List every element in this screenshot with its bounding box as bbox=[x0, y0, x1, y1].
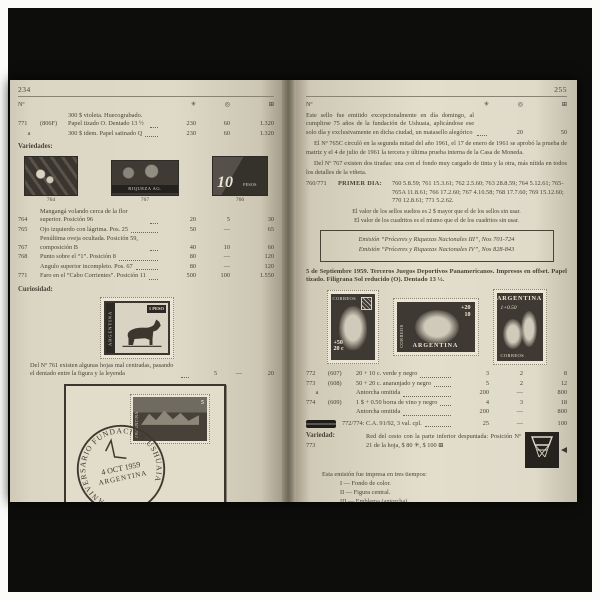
value-used: — bbox=[196, 263, 230, 272]
stamp-detail-image: RIQUEZA AG. bbox=[111, 160, 179, 196]
stamp-inscription: RIQUEZA AG. bbox=[112, 185, 178, 193]
stamp-value: 5 bbox=[201, 399, 204, 407]
price-row: Antorcha omitida 200 — 800 bbox=[306, 408, 567, 417]
value-used: 60 bbox=[196, 130, 230, 139]
listing-row: 771 (806F) 300 $ violeta. Huecograbado. … bbox=[18, 112, 274, 129]
left-header-rule bbox=[18, 96, 274, 97]
value-used: — bbox=[489, 408, 523, 417]
emission-line-1: Emisión “Próceres y Riquezas Nacionales … bbox=[327, 236, 547, 245]
value-mint: 230 bbox=[160, 120, 196, 129]
horse-stamp-figure: ARGENTINA 1 PESO bbox=[100, 297, 174, 359]
first-day-cover-figure: 5 ARGENTINA 75º ANIVERSARIO FUNDACIÓN US… bbox=[64, 384, 226, 502]
varieties-label: Variedades: bbox=[18, 142, 274, 151]
row-desc: 50 + 20 c. anaranjado y negro bbox=[356, 380, 431, 389]
value-used: — bbox=[217, 370, 242, 379]
variety-desc: Angulo superior incompleto. Pos. 67 bbox=[40, 263, 133, 272]
stamp-country: ARGENTINA bbox=[497, 295, 543, 303]
value-block: 8 bbox=[523, 370, 567, 379]
figure-caption: 766 bbox=[212, 197, 268, 204]
value-mint: 230 bbox=[160, 130, 196, 139]
listing-no: a bbox=[18, 130, 40, 139]
first-day-label: PRIMER DIA: bbox=[338, 180, 392, 206]
mint-symbol-icon: ✳ bbox=[453, 101, 489, 110]
row-desc: Antorcha omitida bbox=[356, 408, 400, 417]
stamp-value: 10 bbox=[217, 175, 233, 191]
value-mint: 40 bbox=[160, 244, 196, 253]
ushuaia-note-text: Este sello fue emitido excepcionalmente … bbox=[306, 112, 474, 138]
dot-leader bbox=[420, 377, 451, 378]
variety-desc: Mangangá volando cerca de la flor superi… bbox=[40, 208, 147, 225]
value-block: 60 bbox=[230, 244, 274, 253]
value-used: — bbox=[196, 253, 230, 262]
value-used: 2 bbox=[489, 370, 523, 379]
value-block: 1.320 bbox=[230, 130, 274, 139]
complete-set-text: 772/774: C.A. 91/92, 3 val. cpl. bbox=[342, 420, 422, 429]
value-used: — bbox=[489, 420, 523, 429]
dot-leader bbox=[150, 250, 158, 251]
left-no-header: Nº bbox=[18, 101, 25, 110]
left-page-number: 234 bbox=[18, 85, 274, 95]
value-note-1: El valor de los sellos sueltos es 2 $ ma… bbox=[306, 208, 567, 216]
dot-leader bbox=[181, 377, 189, 378]
note-765c: El Nº 765C circuló en la segunda mitad d… bbox=[306, 140, 567, 157]
value-used: 3 bbox=[489, 399, 523, 408]
variety-no: 771 bbox=[18, 272, 40, 281]
stamp-detail-764: 764 bbox=[24, 156, 78, 204]
dot-leader bbox=[136, 269, 158, 270]
dot-leader bbox=[403, 415, 451, 416]
price-row: a Antorcha omitida 200 — 800 bbox=[306, 389, 567, 398]
stamp-correos: CORREOS bbox=[333, 296, 357, 302]
horse-illustration bbox=[118, 313, 166, 353]
dot-leader bbox=[149, 279, 158, 280]
mint-symbol-icon: ✳ bbox=[160, 101, 196, 110]
value-mint: 80 bbox=[160, 263, 196, 272]
basketball-stamp: CORREOS +50 20 c bbox=[327, 290, 379, 364]
figure-caption: 767 bbox=[111, 197, 179, 204]
printing-step: I — Fondo de color. bbox=[340, 480, 567, 489]
used-symbol-icon: ◎ bbox=[196, 101, 230, 110]
right-no-header: Nº bbox=[306, 101, 313, 110]
first-day-range: 760/771 bbox=[306, 180, 338, 206]
dot-leader bbox=[150, 127, 158, 128]
value-used: 10 bbox=[196, 244, 230, 253]
listing-desc: 300 $ idem. Papel satinado Q bbox=[68, 130, 142, 139]
variety-desc: Punto sobre el “1”. Posición 8 bbox=[40, 253, 116, 262]
variety-row: 771 Faro en el “Cabo Corrientes”. Posici… bbox=[18, 272, 274, 281]
dot-leader bbox=[477, 135, 487, 136]
value-mint: 200 bbox=[453, 389, 489, 398]
ushuaia-note-row: Este sello fue emitido excepcionalmente … bbox=[306, 112, 567, 138]
value-block: 100 bbox=[523, 420, 567, 429]
price-row: 773 (608) 50 + 20 c. anaranjado y negro … bbox=[306, 380, 567, 389]
value-mint: 500 bbox=[160, 272, 196, 281]
value-used: 5 bbox=[196, 216, 230, 225]
pointer-arrow-icon bbox=[561, 447, 567, 453]
value-mint: 5 bbox=[191, 370, 217, 379]
series-badge bbox=[306, 420, 336, 428]
panamerican-heading: 5 de Septiembre 1959. Terceros Juegos De… bbox=[306, 268, 567, 286]
value-mint: 3 bbox=[453, 370, 489, 379]
dot-leader bbox=[440, 405, 451, 406]
row-desc: 20 + 10 c. verde y negro bbox=[356, 370, 417, 379]
value-used: 60 bbox=[196, 120, 230, 129]
varieties-table: 764 Mangangá volando cerca de la flor su… bbox=[18, 208, 274, 281]
postmark-cancel: 75º ANIVERSARIO FUNDACIÓN USHUAIA 4 OCT … bbox=[74, 422, 168, 502]
value-mint: 25 bbox=[453, 420, 489, 429]
value-mint: 80 bbox=[160, 253, 196, 262]
value-mint: 4 bbox=[453, 399, 489, 408]
stamp-unit: PESOS bbox=[243, 182, 257, 188]
curiosity-note: Del Nº 761 existen algunas hojas mal cen… bbox=[30, 362, 274, 379]
variety-desc: Penúltima oveja ocultada. Posición 59, c… bbox=[40, 235, 147, 252]
variety-desc: Faro en el “Cabo Corrientes”. Posición 1… bbox=[40, 272, 146, 281]
value-block: 18 bbox=[523, 399, 567, 408]
variety-figures: 764 RIQUEZA AG. 767 10 PESOS 766 bbox=[18, 154, 274, 206]
row-no: 773 bbox=[306, 380, 328, 389]
row-ref: (607) bbox=[328, 370, 356, 379]
listing-row: a 300 $ idem. Papel satinado Q 230 60 1.… bbox=[18, 130, 274, 139]
value-used: — bbox=[489, 389, 523, 398]
value-block: 65 bbox=[230, 226, 274, 235]
stamp-detail-767: RIQUEZA AG. 767 bbox=[111, 160, 179, 204]
value-block: 1.550 bbox=[230, 272, 274, 281]
stamp-country: ARGENTINA bbox=[106, 303, 115, 353]
note-767: Del Nº 767 existen dos tiradas: una con … bbox=[306, 160, 567, 177]
catalog-book-spread: 234 Nº ✳ ◎ ⊞ 771 (806F) 300 $ violeta. H… bbox=[10, 80, 577, 502]
price-table: 772 (607) 20 + 10 c. verde y negro 3 2 8… bbox=[306, 370, 567, 417]
curiosity-text: Del Nº 761 existen algunas hojas mal cen… bbox=[30, 362, 178, 379]
dot-leader bbox=[425, 426, 451, 427]
dot-leader bbox=[434, 386, 451, 387]
row-desc: Antorcha omitida bbox=[356, 389, 400, 398]
book-gutter bbox=[282, 80, 296, 502]
block-symbol-icon: ⊞ bbox=[230, 101, 274, 110]
value-block: 12 bbox=[523, 380, 567, 389]
emission-line-2: Emisión “Próceres y Riquezas Nacionales … bbox=[327, 246, 547, 255]
gymnast-stamp: ARGENTINA 1+0.50 CORREOS bbox=[493, 289, 547, 365]
dot-leader bbox=[403, 396, 451, 397]
row-no: a bbox=[306, 389, 328, 398]
row-ref: (609) bbox=[328, 399, 356, 408]
value-block: 800 bbox=[523, 408, 567, 417]
value-block: 800 bbox=[523, 389, 567, 398]
value-used: 100 bbox=[196, 272, 230, 281]
right-column-header: Nº ✳ ◎ ⊞ bbox=[306, 101, 567, 110]
swimmer-stamp: CORREOS +20 10 ARGENTINA bbox=[393, 298, 479, 356]
stamp-value: 10 bbox=[461, 312, 470, 318]
row-no: 772 bbox=[306, 370, 328, 379]
stamp-detail-image bbox=[24, 156, 78, 196]
first-day-block: 760/771 PRIMER DIA: 760 5.8.59; 761 15.3… bbox=[306, 180, 567, 206]
variety-no: 764 bbox=[18, 216, 40, 225]
dot-leader bbox=[119, 260, 158, 261]
variety-no: 767 bbox=[18, 244, 40, 253]
figure-caption: 764 bbox=[24, 197, 78, 204]
variety-section: Variedad: 773 Red del cesto con la parte… bbox=[306, 431, 567, 468]
listing-ref: (806F) bbox=[40, 120, 68, 129]
page-left: 234 Nº ✳ ◎ ⊞ 771 (806F) 300 $ violeta. H… bbox=[10, 80, 282, 502]
value-block: 30 bbox=[230, 216, 274, 225]
stamp-correos: CORREOS bbox=[501, 353, 525, 359]
value-block: 120 bbox=[230, 253, 274, 262]
first-day-dates: 760 5.8.59; 761 15.3.61; 762 2.5.60; 763… bbox=[392, 180, 567, 206]
variety-row: 764 Mangangá volando cerca de la flor su… bbox=[18, 208, 274, 225]
stamp-detail-766: 10 PESOS 766 bbox=[212, 156, 268, 204]
value-mint: 5 bbox=[453, 380, 489, 389]
printing-step: III — Emblema (antorcha). bbox=[340, 498, 567, 502]
printing-step: II — Figura central. bbox=[340, 489, 567, 498]
price-row: 772 (607) 20 + 10 c. verde y negro 3 2 8 bbox=[306, 370, 567, 379]
complete-set-row: 772/774: C.A. 91/92, 3 val. cpl. 25 — 10… bbox=[306, 420, 567, 429]
listing-no: 771 bbox=[18, 120, 40, 129]
stamp-value: 20 c bbox=[334, 346, 344, 352]
row-no: 774 bbox=[306, 399, 328, 408]
postmark-emblem bbox=[104, 438, 127, 462]
variety-row: Angulo superior incompleto. Pos. 67 80 —… bbox=[18, 263, 274, 272]
listing-desc: 300 $ violeta. Huecograbado. Papel tizad… bbox=[68, 112, 147, 129]
printing-intro: Esta emisión fue impresa en tres tiempos… bbox=[322, 471, 567, 480]
dot-leader bbox=[150, 223, 158, 224]
basket-emblem-icon bbox=[361, 297, 372, 310]
curiosity-label: Curiosidad: bbox=[18, 285, 274, 294]
horse-stamp: ARGENTINA 1 PESO bbox=[100, 297, 174, 359]
value-note-2: El valor de los cuadritos es el mismo qu… bbox=[306, 217, 567, 225]
value-block: 20 bbox=[242, 370, 274, 379]
block-symbol-icon: ⊞ bbox=[523, 101, 567, 110]
dot-leader bbox=[145, 136, 158, 137]
stamp-value: 1+0.50 bbox=[501, 305, 517, 312]
value-used: 2 bbox=[489, 380, 523, 389]
value-used: — bbox=[196, 226, 230, 235]
variety-label: Variedad: bbox=[306, 431, 366, 440]
basket-net-figure bbox=[525, 432, 559, 468]
right-page-number: 255 bbox=[306, 85, 567, 95]
row-ref: (608) bbox=[328, 380, 356, 389]
variety-no: 768 bbox=[18, 253, 40, 262]
variety-no: 773 bbox=[306, 442, 366, 451]
stamp-detail-image: 10 PESOS bbox=[212, 156, 268, 196]
value-block: 50 bbox=[523, 129, 567, 138]
value-block: 120 bbox=[230, 263, 274, 272]
value-mint: 50 bbox=[160, 226, 196, 235]
page-right: 255 Nº ✳ ◎ ⊞ Este sello fue emitido exce… bbox=[296, 80, 577, 502]
variety-row: 765 Ojo izquierdo con lágrima. Pos. 25 5… bbox=[18, 226, 274, 235]
value-mint: 200 bbox=[453, 408, 489, 417]
stamp-country: ARGENTINA bbox=[397, 342, 475, 350]
price-row: 774 (609) 1 $ + 0.50 borra de vino y neg… bbox=[306, 399, 567, 408]
dot-leader bbox=[131, 232, 158, 233]
value-block: 1.320 bbox=[230, 120, 274, 129]
panamerican-stamps: CORREOS +50 20 c CORREOS +20 10 bbox=[306, 289, 567, 365]
variety-no: 765 bbox=[18, 226, 40, 235]
value-used: 20 bbox=[489, 129, 523, 138]
row-desc: 1 $ + 0.50 borra de vino y negro bbox=[356, 399, 437, 408]
variety-row: 768 Punto sobre el “1”. Posición 8 80 — … bbox=[18, 253, 274, 262]
left-column-header: Nº ✳ ◎ ⊞ bbox=[18, 101, 274, 110]
stamp-value: 1 PESO bbox=[147, 305, 166, 313]
variety-row: 767 Penúltima oveja ocultada. Posición 5… bbox=[18, 235, 274, 252]
right-header-rule bbox=[306, 96, 567, 97]
printing-steps: I — Fondo de color. II — Figura central.… bbox=[340, 480, 567, 502]
variety-desc: Ojo izquierdo con lágrima. Pos. 25 bbox=[40, 226, 128, 235]
used-symbol-icon: ◎ bbox=[489, 101, 523, 110]
variety-text: Red del cesto con la parte inferior desp… bbox=[366, 431, 525, 468]
emission-box: Emisión “Próceres y Riquezas Nacionales … bbox=[320, 230, 554, 262]
value-mint: 20 bbox=[160, 216, 196, 225]
stamp-surcharge: +20 bbox=[461, 305, 470, 311]
